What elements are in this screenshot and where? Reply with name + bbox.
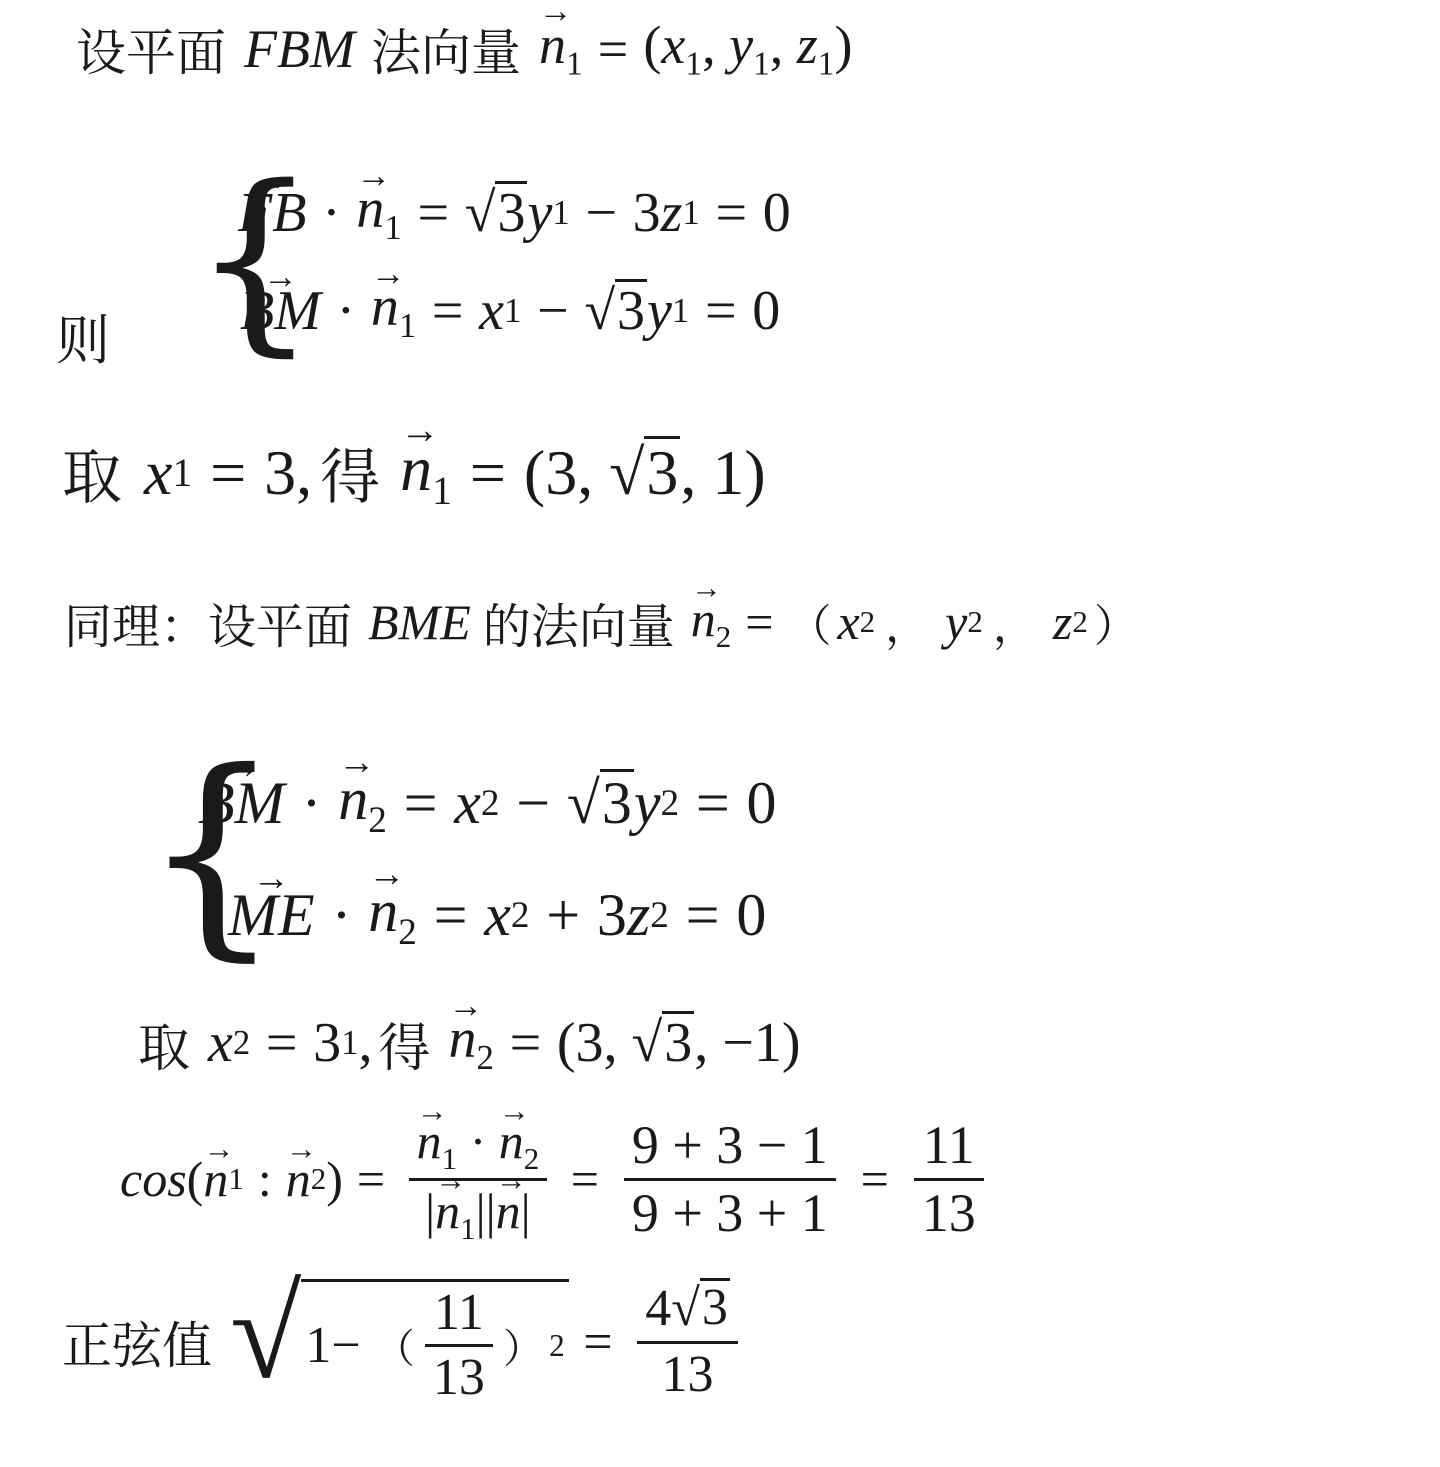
- line-plane-fbm-normal: 设平面 FBM 法向量 n1 = (x1, y1, z1): [76, 14, 853, 84]
- fraction-11-13: 11 13: [914, 1113, 984, 1246]
- text-prefix: 设平面: [76, 13, 226, 85]
- vector-n1: n1: [539, 14, 583, 84]
- text-normal-vector: 法向量: [371, 13, 521, 85]
- equation-bm-dot-n2: BM · n2 = x2 − √3 y2 = 0: [198, 766, 777, 840]
- line-take-x1: 取 x1 = 3, 得 n1 = (3, √3, 1): [62, 430, 766, 516]
- sqrt-expression: √ 1− （ 1113 ） 2: [230, 1275, 569, 1410]
- label-then: 则: [56, 298, 110, 375]
- result-n2: (3, √3, −1): [557, 1011, 801, 1075]
- tuple-xyz1: (x1, y1, z1): [643, 14, 852, 84]
- line-cosine: cos(n1 : n2) = n1 · n2 |n1||n| = 9 + 3 −…: [120, 1104, 995, 1254]
- fraction-numeric: 9 + 3 − 1 9 + 3 + 1: [624, 1113, 836, 1246]
- line-sine-value: 正弦值 √ 1− （ 1113 ） 2 = 4√3 13: [62, 1272, 748, 1412]
- result-n1: (3, √3, 1): [524, 436, 766, 510]
- equation-bm-dot-n1: BM · n1 = x1 − √3 y1 = 0: [240, 276, 780, 346]
- fraction-dot-over-norms: n1 · n2 |n1||n|: [409, 1111, 547, 1246]
- line-take-x2: 取 x2 = 31, 得 n2 = (3, √3, −1): [138, 1006, 800, 1080]
- fraction-4sqrt3-13: 4√3 13: [637, 1278, 737, 1406]
- equals: =: [598, 18, 628, 80]
- equation-me-dot-n2: ME · n2 = x2 + 3z2 = 0: [228, 878, 766, 952]
- sqrt-3: √3: [584, 279, 647, 343]
- equation-fb-dot-n1: FB · n1 = √3 y1 − 3z1 = 0: [238, 178, 791, 248]
- sqrt-3: √3: [465, 181, 528, 245]
- line-plane-bme-normal: 同理：设平面 BME 的法向量 n2 = （ x2 ， y2 ， z2 ）: [64, 590, 1138, 654]
- plane-name: FBM: [244, 18, 355, 80]
